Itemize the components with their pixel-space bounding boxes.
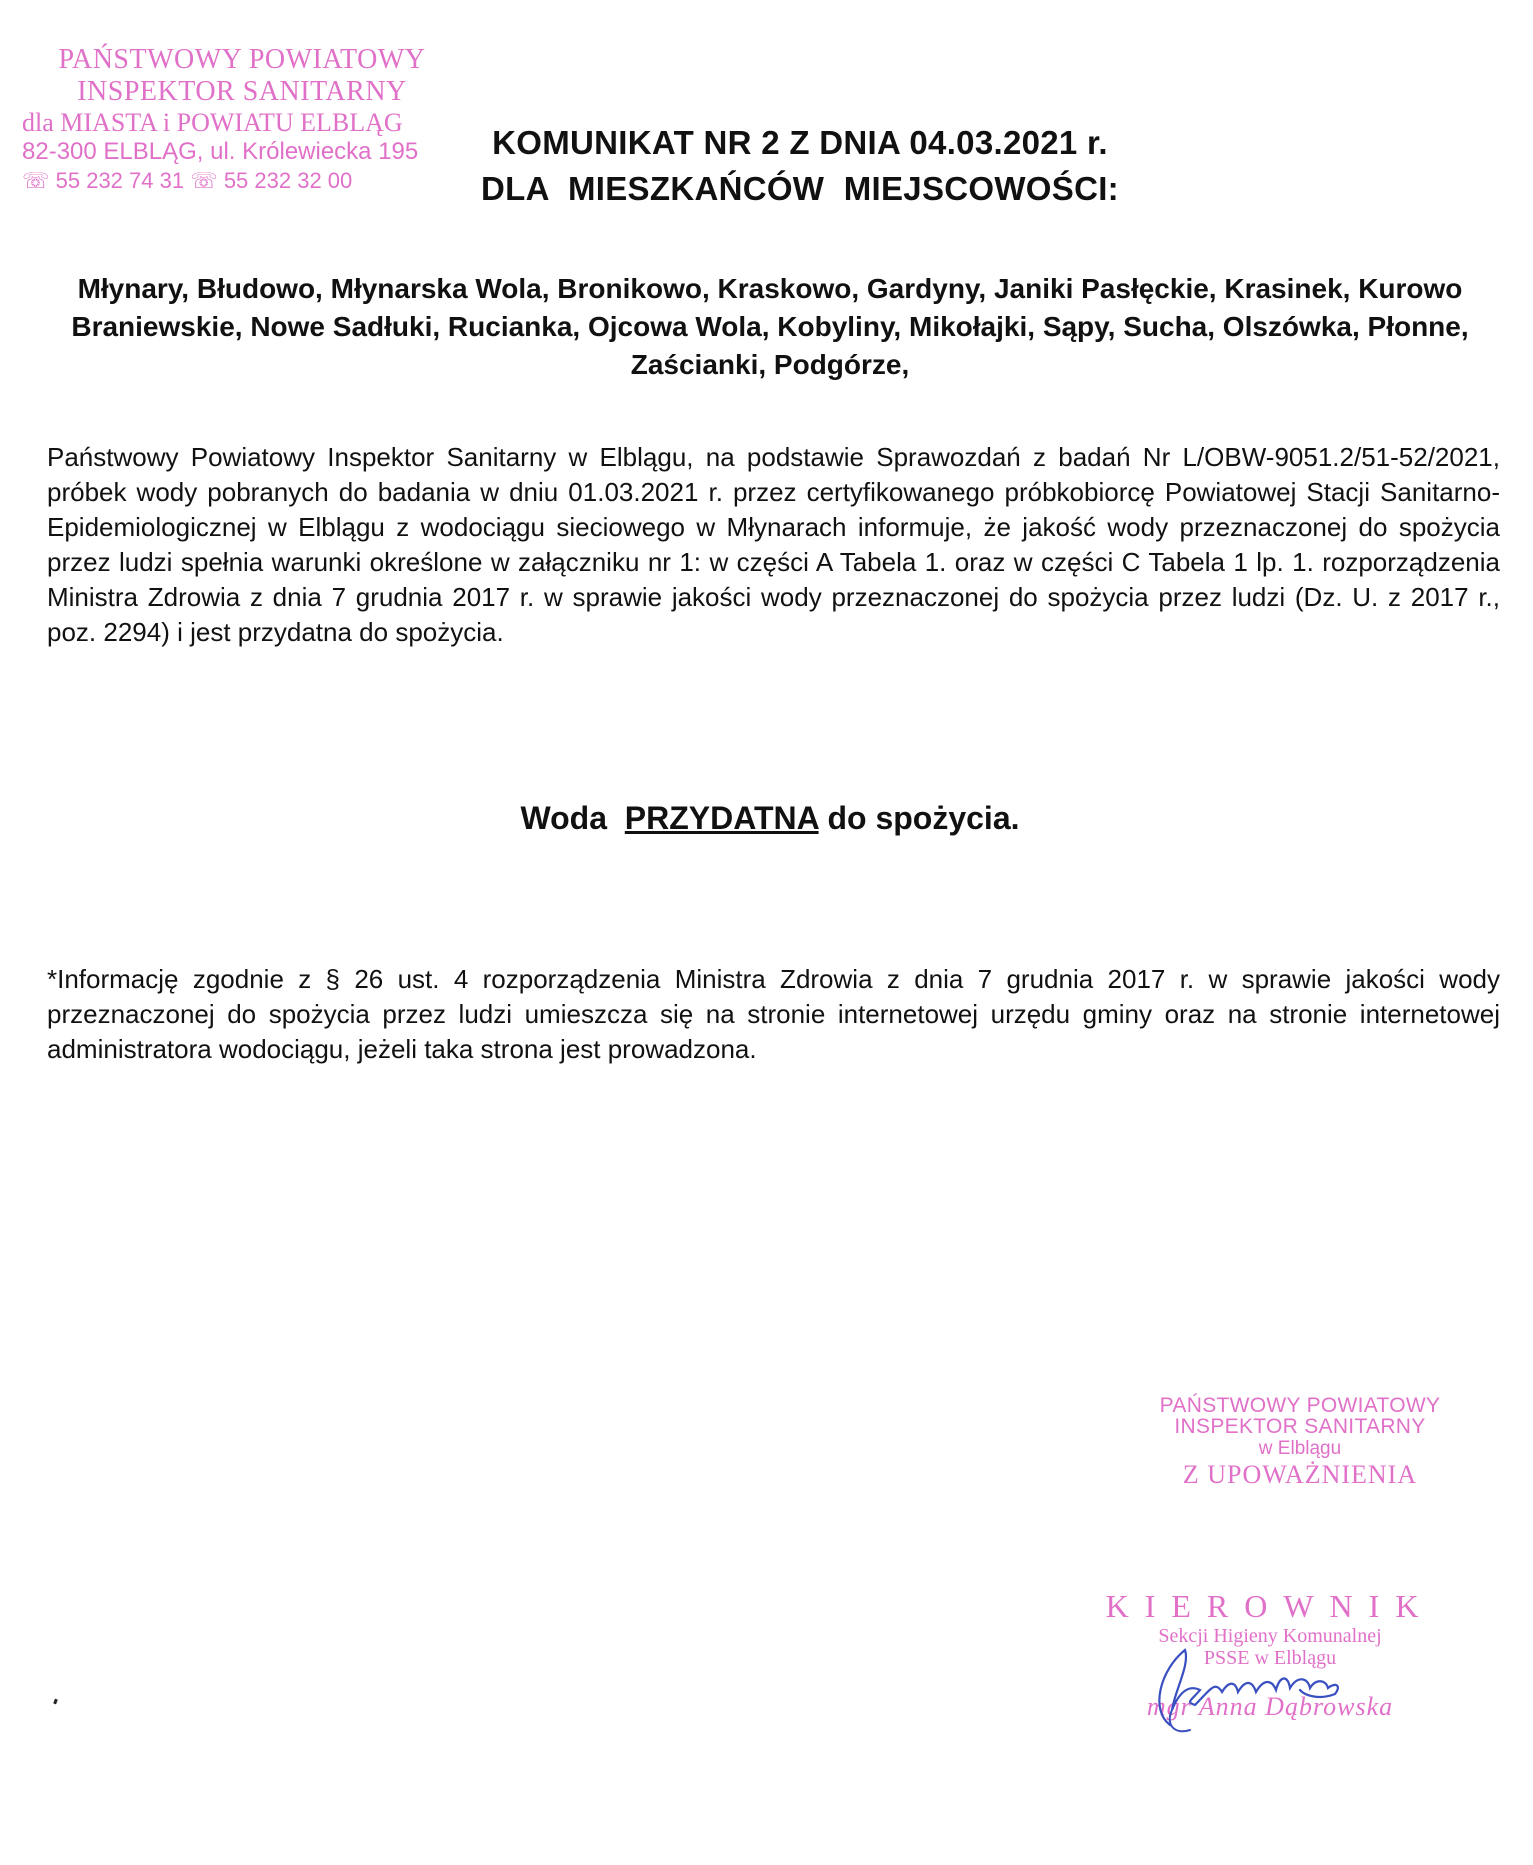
localities-list: Młynary, Błudowo, Młynarska Wola, Bronik…	[40, 270, 1500, 384]
stamp-line: PAŃSTWOWY POWIATOWY	[1150, 1395, 1450, 1416]
stamp-address: 82-300 ELBLĄG, ul. Królewiecka 195	[22, 140, 462, 164]
stamp-line: Z UPOWAŻNIENIA	[1150, 1462, 1450, 1488]
footnote: *Informację zgodnie z § 26 ust. 4 rozpor…	[47, 962, 1500, 1067]
stamp-line: w Elblągu	[1150, 1439, 1450, 1458]
verdict-prefix: Woda	[521, 800, 608, 836]
scan-speck	[53, 1699, 58, 1705]
handwritten-signature	[1130, 1630, 1370, 1740]
verdict-emphasis: PRZYDATNA	[625, 800, 819, 836]
stamp-line: INSPEKTOR SANITARNY	[22, 78, 462, 106]
stamp-line: dla MIASTA i POWIATU ELBLĄG	[22, 110, 462, 136]
stamp-title: KIEROWNIK	[1100, 1590, 1440, 1622]
verdict-line: Woda PRZYDATNA do spożycia.	[40, 800, 1500, 837]
inspector-address-stamp: PAŃSTWOWY POWIATOWY INSPEKTOR SANITARNY …	[22, 46, 462, 192]
stamp-phones: ☏ 55 232 74 31 ☏ 55 232 32 00	[22, 170, 462, 192]
stamp-line: INSPEKTOR SANITARNY	[1150, 1416, 1450, 1437]
stamp-line: PAŃSTWOWY POWIATOWY	[22, 46, 462, 74]
authorization-stamp: PAŃSTWOWY POWIATOWY INSPEKTOR SANITARNY …	[1150, 1395, 1450, 1488]
document-title: KOMUNIKAT NR 2 Z DNIA 04.03.2021 r.	[430, 124, 1170, 162]
document-subtitle: DLA MIESZKAŃCÓW MIEJSCOWOŚCI:	[430, 170, 1170, 208]
verdict-suffix: do spożycia.	[827, 800, 1019, 836]
main-paragraph: Państwowy Powiatowy Inspektor Sanitarny …	[47, 440, 1500, 650]
